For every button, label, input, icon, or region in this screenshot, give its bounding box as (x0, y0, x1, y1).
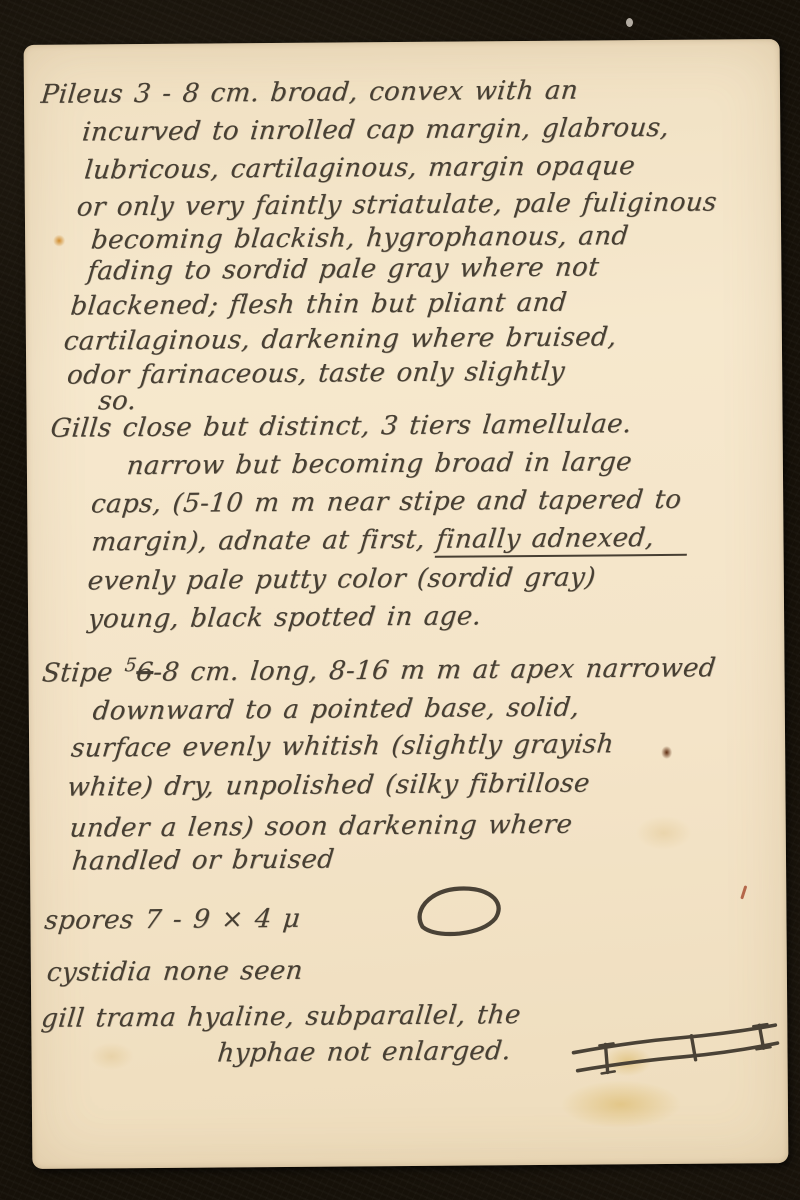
spore-sketch (413, 884, 505, 939)
note-line: caps, (5-10 m m near stipe and tapered t… (90, 484, 683, 521)
note-line: margin), adnate at first, finally adnexe… (90, 522, 690, 559)
note-line: evenly pale putty color (sordid gray) (86, 561, 597, 597)
note-line-text: Stipe (41, 658, 126, 689)
index-card: Pileus 3 - 8 cm. broad, convex with an i… (24, 39, 789, 1169)
note-line: blackened; flesh thin but pliant and (69, 287, 568, 323)
stain (89, 1042, 133, 1070)
note-line: under a lens) soon darkening where (68, 809, 574, 845)
note-line: handled or bruised (70, 844, 335, 878)
note-line: downward to a pointed base, solid, (91, 692, 581, 728)
stain (661, 746, 672, 759)
ink-tick (740, 885, 747, 899)
note-line: young, black spotted in age. (87, 600, 483, 635)
note-line: Gills close but distinct, 3 tiers lamell… (49, 408, 633, 445)
note-line: Stipe 56-8 cm. long, 8-16 m m at apex na… (41, 646, 718, 690)
note-line-text: -8 cm. long, 8-16 m m at apex narrowed (152, 653, 718, 687)
note-line: cartilaginous, darkening where bruised, (62, 321, 618, 357)
note-line: spores 7 - 9 × 4 μ (43, 903, 302, 937)
underlined-phrase: finally adnexed, (435, 523, 690, 558)
note-line: incurved to inrolled cap margin, glabrou… (81, 112, 671, 149)
note-line: gill trama hyaline, subparallel, the (40, 999, 523, 1035)
note-line: Pileus 3 - 8 cm. broad, convex with an (39, 75, 579, 111)
note-line: or only very faintly striatulate, pale f… (75, 187, 718, 224)
note-line: fading to sordid pale gray where not (86, 251, 601, 287)
stain (636, 816, 692, 850)
photo-background: { "document": { "kind": "handwritten ind… (0, 0, 800, 1200)
note-line: odor farinaceous, taste only slightly (66, 356, 567, 392)
note-line: hyphae not enlarged. (216, 1035, 513, 1069)
fabric-speck (626, 18, 633, 27)
note-line: cystidia none seen (45, 955, 304, 989)
note-line: surface evenly whitish (slightly grayish (70, 728, 616, 764)
note-line-text: margin), adnate at first, (90, 525, 438, 558)
hypha-sketch (569, 1015, 781, 1081)
note-line: lubricous, cartilaginous, margin opaque (83, 150, 637, 186)
note-line: narrow but becoming broad in large (125, 446, 633, 482)
stain (561, 1080, 681, 1129)
stain (53, 235, 65, 247)
note-line: white) dry, unpolished (silky fibrillose (66, 768, 591, 804)
